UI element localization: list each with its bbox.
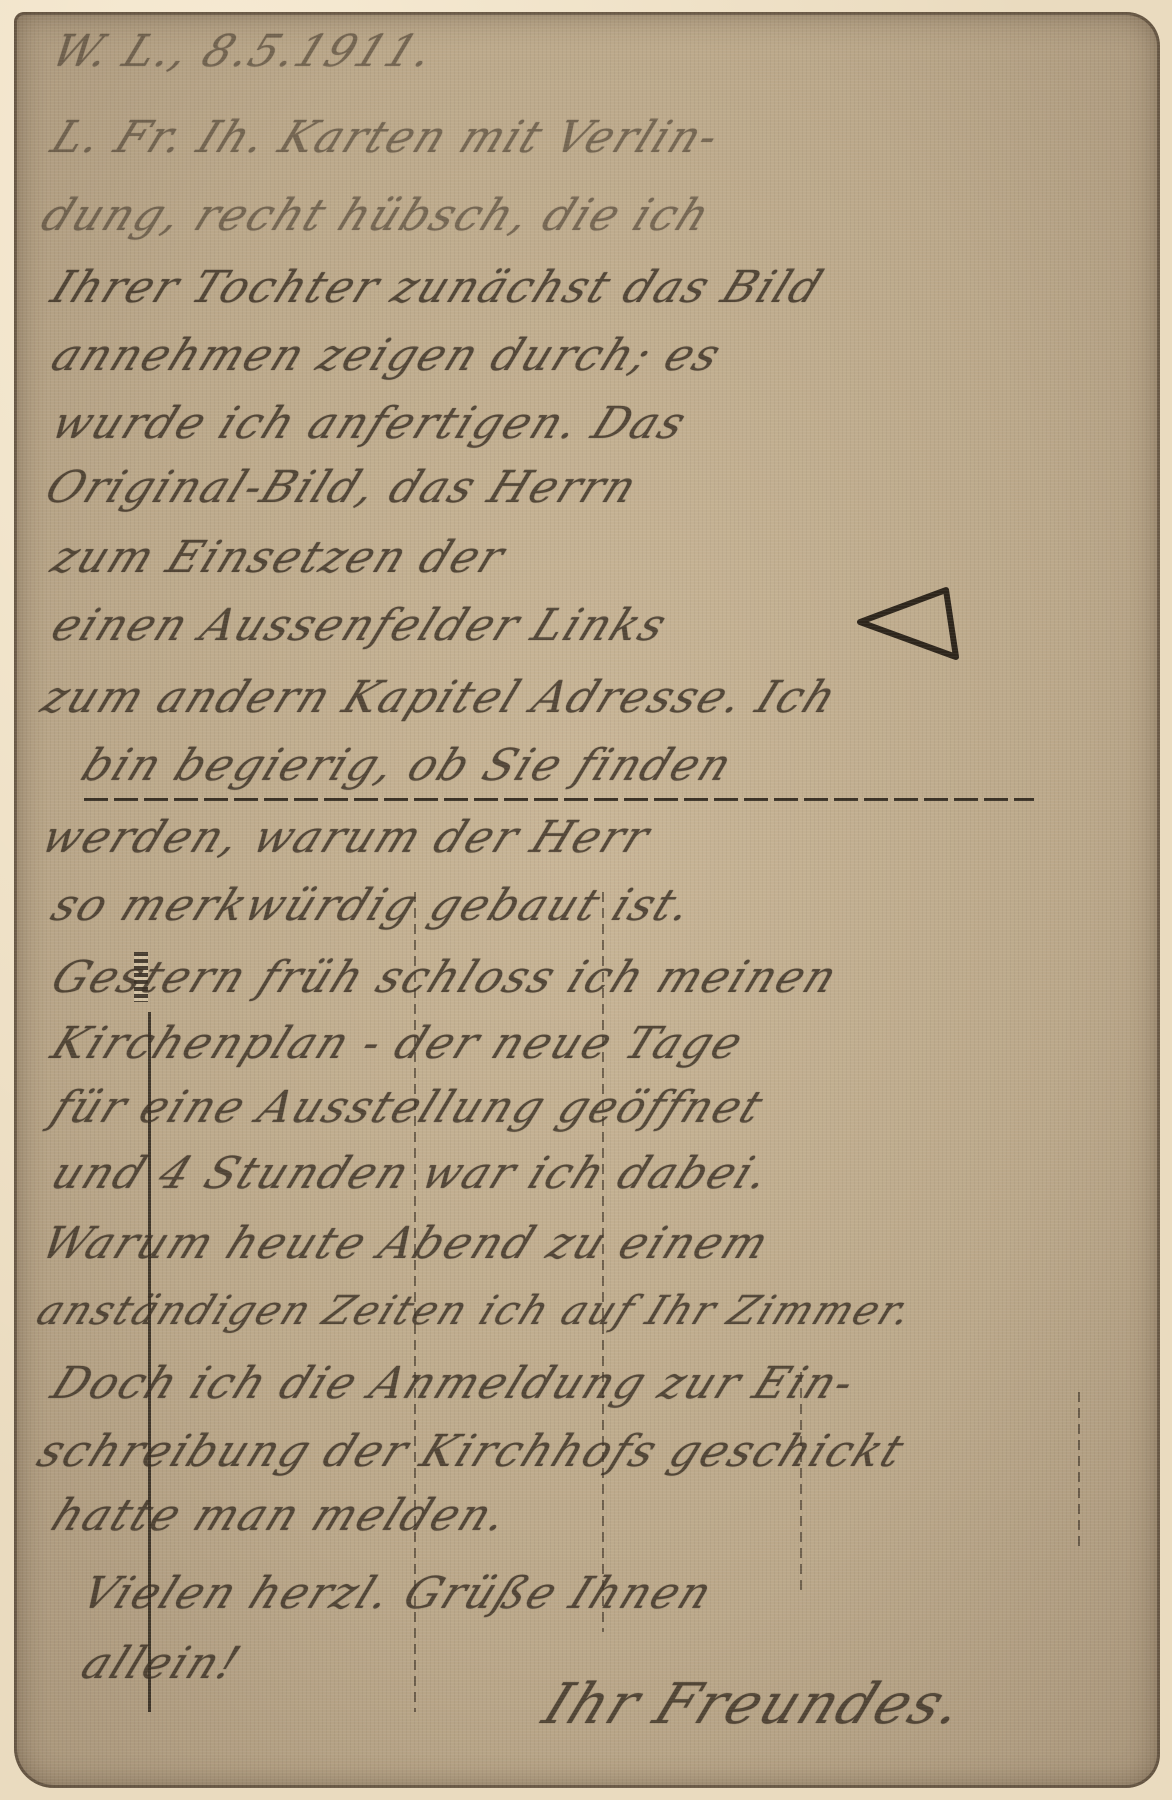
closing-line: allein! xyxy=(74,1638,249,1689)
handwritten-line: Warum heute Abend zu einem xyxy=(34,1218,778,1269)
handwritten-line: Gestern früh schloss ich meinen xyxy=(44,952,846,1003)
handwritten-line: für eine Ausstellung geöffnet xyxy=(44,1082,772,1133)
handwritten-line: L. Fr. Ih. Karten mit Verlin- xyxy=(44,112,728,163)
handwritten-line: Original-Bild, das Herrn xyxy=(38,462,646,513)
handwritten-line: einen Aussenfelder Links xyxy=(44,600,676,651)
dashed-underline xyxy=(84,798,1034,801)
handwritten-line: annehmen zeigen durch; es xyxy=(44,330,730,381)
dashed-vertical-rule-4 xyxy=(1078,1392,1080,1552)
handwritten-line: Kirchenplan - der neue Tage xyxy=(44,1018,752,1069)
handwritten-line: werden, warum der Herr xyxy=(34,812,659,863)
handwritten-line: Ihrer Tochter zunächst das Bild xyxy=(44,262,831,313)
handwritten-line: schreibung der Kirchhofs geschickt xyxy=(30,1426,913,1477)
signature: Ihr Freundes. xyxy=(534,1672,975,1737)
handwritten-line: dung, recht hübsch, die ich xyxy=(34,190,719,241)
triangle-icon xyxy=(850,582,960,662)
handwritten-line: Doch ich die Anmeldung zur Ein- xyxy=(44,1358,864,1409)
postcard: W. L., 8.5.1911. L. Fr. Ih. Karten mit V… xyxy=(14,12,1160,1788)
handwritten-line: wurde ich anfertigen. Das xyxy=(44,398,695,449)
handwritten-line: hatte man melden. xyxy=(44,1490,517,1541)
handwritten-line: und 4 Stunden war ich dabei. xyxy=(44,1148,779,1199)
handwritten-line: anständigen Zeiten ich auf Ihr Zimmer. xyxy=(30,1288,921,1334)
handwritten-line: bin begierig, ob Sie finden xyxy=(74,740,741,791)
handwritten-line: zum Einsetzen der xyxy=(44,532,513,583)
closing-line: Vielen herzl. Grüße Ihnen xyxy=(74,1568,721,1619)
handwritten-line: so merkwürdig gebaut ist. xyxy=(44,880,701,931)
handwritten-line: zum andern Kapitel Adresse. Ich xyxy=(34,672,846,723)
date-line: W. L., 8.5.1911. xyxy=(44,26,443,77)
